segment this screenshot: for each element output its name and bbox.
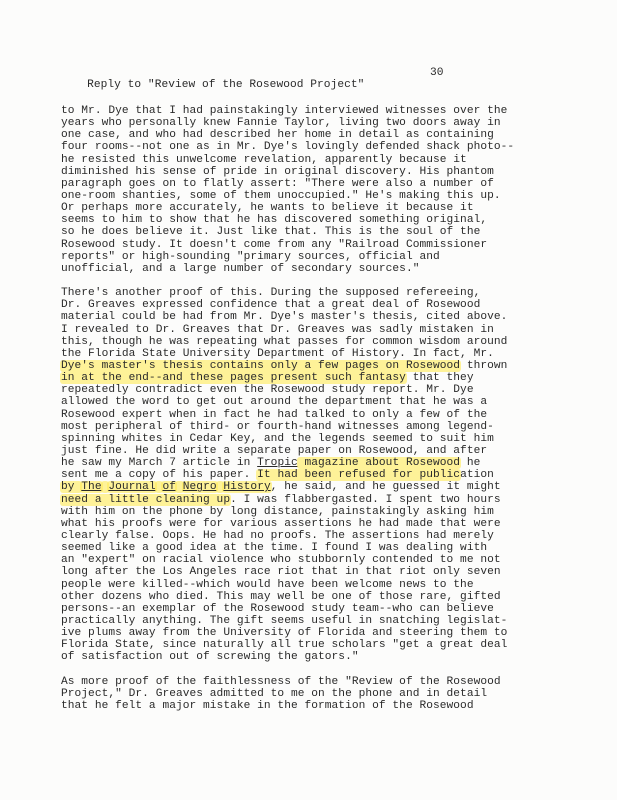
- text-segment: this, though he was repeating what passe…: [61, 336, 507, 348]
- text-line: practically anything. The gift seems use…: [61, 615, 601, 627]
- text-line: Rosewood study. It doesn't come from any…: [61, 239, 601, 251]
- text-segment: long after the Los Angeles race riot tha…: [61, 566, 501, 578]
- text-line: long after the Los Angeles race riot tha…: [61, 566, 601, 578]
- text-line: Project," Dr. Greaves admitted to me on …: [61, 688, 601, 700]
- paragraph: As more proof of the faithlessness of th…: [61, 676, 601, 712]
- text-line: so he does believe it. Just like that. T…: [61, 226, 601, 238]
- text-segment: Project," Dr. Greaves admitted to me on …: [61, 688, 487, 700]
- text-line: one case, and who had described her home…: [61, 129, 601, 141]
- underlined-title: Tropic: [257, 457, 298, 469]
- text-segment: . I was flabbergasted. I spent two hours: [230, 494, 501, 506]
- text-line: seemed like a good idea at the time. I f…: [61, 542, 601, 554]
- text-segment: diminished his sense of pride in origina…: [61, 166, 494, 178]
- text-line: just fine. He did write a separate paper…: [61, 445, 601, 457]
- text-segment: other dozens who died. This may well be …: [61, 591, 501, 603]
- text-segment: Dr. Greaves expressed confidence that a …: [61, 299, 480, 311]
- highlighted-text: Journal: [107, 481, 156, 493]
- highlighted-text: by: [60, 481, 82, 493]
- text-segment: of satisfaction out of screwing the gato…: [61, 651, 359, 663]
- highlighted-text: need a little cleaning up: [60, 494, 231, 506]
- text-line: of satisfaction out of screwing the gato…: [61, 651, 601, 663]
- highlighted-text: History: [222, 481, 271, 493]
- paragraph: There's another proof of this. During th…: [61, 287, 601, 663]
- header-title: Reply to "Review of the Rosewood Project…: [87, 79, 364, 91]
- text-line: seems to him to show that he has discove…: [61, 214, 601, 226]
- text-line: years who personally knew Fannie Taylor,…: [61, 117, 601, 129]
- text-segment: Or perhaps more accurately, he wants to …: [61, 202, 474, 214]
- text-line: material could be had from Mr. Dye's mas…: [61, 311, 601, 323]
- text-segment: clearly false. Oops. He had no proofs. T…: [61, 530, 494, 542]
- text-line: Florida State, since naturally all true …: [61, 639, 601, 651]
- text-line: repeatedly contradict even the Rosewood …: [61, 384, 601, 396]
- text-segment: just fine. He did write a separate paper…: [61, 445, 487, 457]
- text-line: other dozens who died. This may well be …: [61, 591, 601, 603]
- text-segment: , he said, and he guessed it might: [271, 481, 501, 493]
- document-page: Reply to "Review of the Rosewood Project…: [0, 0, 617, 800]
- text-segment: four rooms--not one as in Mr. Dye's lovi…: [61, 141, 514, 153]
- text-segment: the Florida State University Department …: [61, 348, 494, 360]
- text-segment: I revealed to Dr. Greaves that Dr. Greav…: [61, 324, 494, 336]
- text-segment: he resisted this unwelcome revelation, a…: [61, 154, 467, 166]
- text-line: Or perhaps more accurately, he wants to …: [61, 202, 601, 214]
- text-segment: practically anything. The gift seems use…: [61, 615, 507, 627]
- text-line: people were killed--which would have bee…: [61, 579, 601, 591]
- text-line: he saw my March 7 article in Tropic maga…: [61, 457, 601, 469]
- text-line: reports" or high-sounding "primary sourc…: [61, 251, 601, 263]
- text-segment: years who personally knew Fannie Taylor,…: [61, 117, 501, 129]
- text-line: There's another proof of this. During th…: [61, 287, 601, 299]
- text-line: this, though he was repeating what passe…: [61, 336, 601, 348]
- text-line: diminished his sense of pride in origina…: [61, 166, 601, 178]
- text-segment: an "expert" on racial violence who stubb…: [61, 554, 501, 566]
- text-line: the Florida State University Department …: [61, 348, 601, 360]
- text-segment: repeatedly contradict even the Rosewood …: [61, 384, 474, 396]
- text-line: in at the end--and these pages present s…: [61, 372, 601, 384]
- text-line: to Mr. Dye that I had painstakingly inte…: [61, 105, 601, 117]
- text-segment: Rosewood study. It doesn't come from any…: [61, 239, 487, 251]
- text-line: an "expert" on racial violence who stubb…: [61, 554, 601, 566]
- text-segment: that he felt a major mistake in the form…: [61, 700, 474, 712]
- text-segment: There's another proof of this. During th…: [61, 287, 480, 299]
- text-line: he resisted this unwelcome revelation, a…: [61, 154, 601, 166]
- text-segment: Florida State, since naturally all true …: [61, 639, 507, 651]
- text-line: one-room shanties, some of them unoccupi…: [61, 190, 601, 202]
- text-line: with him on the phone by long distance, …: [61, 506, 601, 518]
- text-segment: one case, and who had described her home…: [61, 129, 494, 141]
- text-segment: most peripheral of third- or fourth-hand…: [61, 421, 494, 433]
- text-segment: one-room shanties, some of them unoccupi…: [61, 190, 501, 202]
- text-line: ive plums away from the University of Fl…: [61, 627, 601, 639]
- highlighted-text: in at the end--and these pages present s…: [60, 372, 407, 384]
- text-line: paragraph goes on to flatly assert: "The…: [61, 178, 601, 190]
- text-segment: to Mr. Dye that I had painstakingly inte…: [61, 105, 507, 117]
- highlighted-text: The: [80, 481, 102, 493]
- text-line: most peripheral of third- or fourth-hand…: [61, 421, 601, 433]
- text-line: clearly false. Oops. He had no proofs. T…: [61, 530, 601, 542]
- text-segment: Rosewood expert when in fact he had talk…: [61, 409, 487, 421]
- text-line: Rosewood expert when in fact he had talk…: [61, 409, 601, 421]
- text-line: I revealed to Dr. Greaves that Dr. Greav…: [61, 324, 601, 336]
- text-segment: what his proofs were for various asserti…: [61, 518, 501, 530]
- text-segment: ation: [460, 469, 494, 481]
- text-segment: with him on the phone by long distance, …: [61, 506, 494, 518]
- paragraph: to Mr. Dye that I had painstakingly inte…: [61, 105, 601, 275]
- text-line: four rooms--not one as in Mr. Dye's lovi…: [61, 141, 601, 153]
- text-segment: so he does believe it. Just like that. T…: [61, 226, 480, 238]
- text-segment: that they: [406, 372, 474, 384]
- text-line: need a little cleaning up. I was flabber…: [61, 494, 601, 506]
- text-segment: seems to him to show that he has discove…: [61, 214, 487, 226]
- text-line: that he felt a major mistake in the form…: [61, 700, 601, 712]
- text-line: spinning whites in Cedar Key, and the le…: [61, 433, 601, 445]
- text-segment: people were killed--which would have bee…: [61, 579, 474, 591]
- text-line: As more proof of the faithlessness of th…: [61, 676, 601, 688]
- text-segment: seemed like a good idea at the time. I f…: [61, 542, 487, 554]
- text-line: unofficial, and a large number of second…: [61, 263, 601, 275]
- text-segment: thrown: [460, 360, 507, 372]
- page-number: 30: [430, 67, 444, 79]
- document-body: to Mr. Dye that I had painstakingly inte…: [61, 105, 601, 724]
- text-segment: ive plums away from the University of Fl…: [61, 627, 507, 639]
- highlighted-text: Negro: [182, 481, 218, 493]
- text-segment: material could be had from Mr. Dye's mas…: [61, 311, 507, 323]
- highlighted-text: Dye's master's thesis contains only a fe…: [60, 360, 461, 372]
- text-segment: allowed the word to get out around the d…: [61, 396, 487, 408]
- text-segment: he: [460, 457, 480, 469]
- text-segment: spinning whites in Cedar Key, and the le…: [61, 433, 494, 445]
- text-line: Dr. Greaves expressed confidence that a …: [61, 299, 601, 311]
- text-segment: As more proof of the faithlessness of th…: [61, 676, 501, 688]
- text-segment: he saw my March 7 article in: [61, 457, 257, 469]
- text-line: what his proofs were for various asserti…: [61, 518, 601, 530]
- highlighted-text: magazine about Rosewood: [297, 457, 461, 469]
- text-line: sent me a copy of his paper. It had been…: [61, 469, 601, 481]
- text-line: Dye's master's thesis contains only a fe…: [61, 360, 601, 372]
- text-segment: unofficial, and a large number of second…: [61, 263, 419, 275]
- text-line: allowed the word to get out around the d…: [61, 396, 601, 408]
- text-segment: reports" or high-sounding "primary sourc…: [61, 251, 440, 263]
- text-line: persons--an exemplar of the Rosewood stu…: [61, 603, 601, 615]
- text-segment: sent me a copy of his paper.: [61, 469, 257, 481]
- text-segment: paragraph goes on to flatly assert: "The…: [61, 178, 494, 190]
- highlighted-text: It had been refused for public: [256, 469, 461, 481]
- text-line: by The Journal of Negro History, he said…: [61, 481, 601, 493]
- text-segment: persons--an exemplar of the Rosewood stu…: [61, 603, 494, 615]
